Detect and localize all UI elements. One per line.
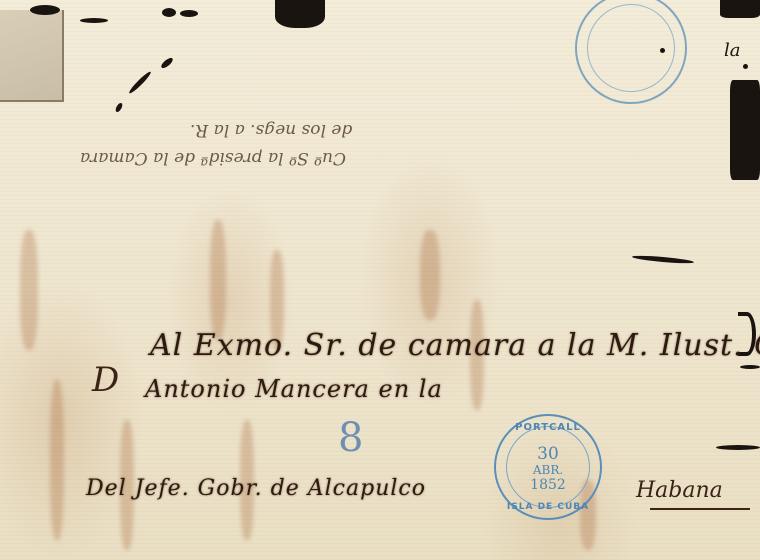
ink-blot xyxy=(160,56,175,70)
stain xyxy=(420,230,440,320)
stain xyxy=(210,220,226,340)
ink-blot xyxy=(128,70,153,95)
ink-blot xyxy=(720,0,760,18)
ink-blot xyxy=(275,0,325,28)
ink-blot xyxy=(80,18,108,23)
rate-mark: 8 xyxy=(338,415,363,461)
destination: Habana xyxy=(636,478,723,503)
postmark-bottom: PORTCALL 30 ABR. 1852 ISLA DE CUBA xyxy=(494,414,602,520)
ink-blot xyxy=(114,102,123,113)
folded-corner-patch xyxy=(0,10,64,102)
inverted-note-line-2: de los negs. a la R. xyxy=(190,120,352,140)
letter-cover: la Cuº Sº la presidª de la Camara de los… xyxy=(0,0,760,560)
stain xyxy=(20,230,38,350)
inverted-note-line-1: Cuº Sº la presidª de la Camara xyxy=(80,148,346,168)
ink-blot xyxy=(30,5,60,15)
address-line-1: Al Exmo. Sr. de camara a la M. Ilust. Or… xyxy=(150,328,760,363)
stain xyxy=(50,380,64,540)
postmark-top xyxy=(575,0,687,104)
destination-underline xyxy=(650,508,750,510)
address-line-2: Antonio Mancera en la xyxy=(145,375,443,403)
ink-blot xyxy=(730,80,760,180)
postmark-year: 1852 xyxy=(496,477,600,493)
postmark-month: ABR. xyxy=(496,463,600,477)
postmark-top-text: PORTCALL xyxy=(496,422,600,433)
ink-blot xyxy=(180,10,198,17)
sender-line: Del Jefe. Gobr. de Alcapulco xyxy=(86,476,426,501)
ink-blot xyxy=(743,64,748,69)
ink-blot xyxy=(740,365,760,369)
postmark-day: 30 xyxy=(496,446,600,463)
initial-mark: D xyxy=(92,360,119,400)
edge-text: la xyxy=(724,40,741,61)
ink-blot xyxy=(632,254,694,264)
postmark-inner-ring xyxy=(587,4,675,92)
postmark-bottom-text: ISLA DE CUBA xyxy=(496,502,600,512)
ink-blot xyxy=(162,8,176,17)
ink-blot xyxy=(716,445,760,450)
